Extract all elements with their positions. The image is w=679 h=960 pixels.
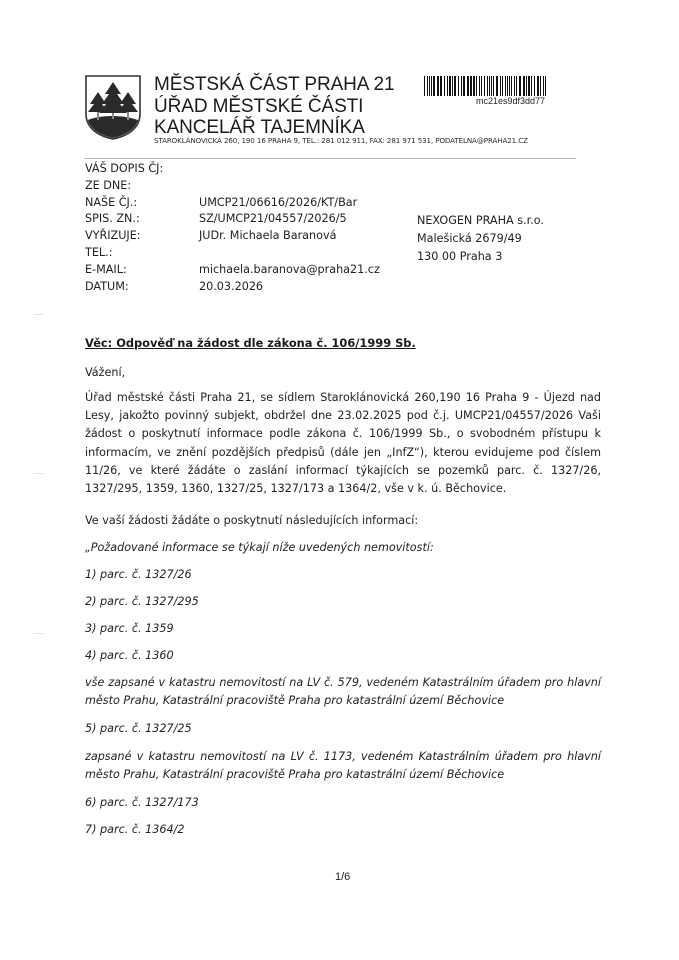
salutation: Vážení, (85, 366, 125, 379)
org-address: STAROKLÁNOVICKÁ 260, 190 16 PRAHA 9, TEL… (154, 136, 528, 145)
fold-mark (34, 473, 44, 474)
fold-mark (34, 314, 44, 315)
parcel-item: 5) parc. č. 1327/25 (85, 720, 601, 738)
header-divider (84, 158, 576, 159)
reference-label: TEL.: (85, 245, 199, 262)
recipient-name: NEXOGEN PRAHA s.r.o. (417, 212, 544, 230)
reference-row: DATUM:20.03.2026 (85, 279, 380, 296)
reference-label: ZE DNE: (85, 178, 199, 195)
page-number: 1/6 (335, 871, 350, 883)
reference-label: E-MAIL: (85, 262, 199, 279)
paragraph-request: Ve vaší žádosti žádáte o poskytnutí násl… (85, 512, 601, 530)
quote-intro: „Požadované informace se týkají níže uve… (85, 539, 601, 557)
document-page: MĚSTSKÁ ČÁST PRAHA 21 ÚŘAD MĚSTSKÉ ČÁSTI… (0, 0, 679, 960)
reference-label: VYŘIZUJE: (85, 228, 199, 245)
recipient-street: Malešická 2679/49 (417, 230, 544, 248)
reference-value: 20.03.2026 (199, 279, 263, 296)
reference-label: DATUM: (85, 279, 199, 296)
subject-line: Věc: Odpověď na žádost dle zákona č. 106… (85, 336, 416, 350)
recipient-address: NEXOGEN PRAHA s.r.o. Malešická 2679/49 1… (417, 212, 544, 266)
reference-row: E-MAIL:michaela.baranova@praha21.cz (85, 262, 380, 279)
reference-value: SZ/UMCP21/04557/2026/5 (199, 211, 347, 228)
barcode (424, 76, 546, 96)
fold-mark (34, 633, 44, 634)
reference-block: VÁŠ DOPIS ČJ:ZE DNE:NAŠE ČJ.:UMCP21/0661… (85, 161, 380, 295)
reference-label: VÁŠ DOPIS ČJ: (85, 161, 199, 178)
organization-name: MĚSTSKÁ ČÁST PRAHA 21 ÚŘAD MĚSTSKÉ ČÁSTI… (154, 74, 394, 139)
reference-row: VÁŠ DOPIS ČJ: (85, 161, 380, 178)
reference-row: TEL.: (85, 245, 380, 262)
recipient-city: 130 00 Praha 3 (417, 248, 544, 266)
reference-value: michaela.baranova@praha21.cz (199, 262, 380, 279)
parcel-item: 7) parc. č. 1364/2 (85, 821, 601, 839)
reference-row: SPIS. ZN.:SZ/UMCP21/04557/2026/5 (85, 211, 380, 228)
reference-value: UMCP21/06616/2026/KT/Bar (199, 195, 357, 212)
reference-row: VYŘIZUJE:JUDr. Michaela Baranová (85, 228, 380, 245)
coat-of-arms-trees-icon (84, 74, 142, 140)
org-line-2: ÚŘAD MĚSTSKÉ ČÁSTI (154, 96, 394, 118)
registry-note-2: zapsané v katastru nemovitostí na LV č. … (85, 748, 601, 784)
parcel-item: 3) parc. č. 1359 (85, 620, 601, 638)
reference-label: SPIS. ZN.: (85, 211, 199, 228)
barcode-text: mc21es9df3dd77 (476, 96, 545, 106)
parcel-item: 6) parc. č. 1327/173 (85, 794, 601, 812)
parcel-item: 2) parc. č. 1327/295 (85, 593, 601, 611)
reference-value: JUDr. Michaela Baranová (199, 228, 336, 245)
parcel-item: 1) parc. č. 1327/26 (85, 566, 601, 584)
reference-row: ZE DNE: (85, 178, 380, 195)
org-line-1: MĚSTSKÁ ČÁST PRAHA 21 (154, 74, 394, 96)
parcel-item: 4) parc. č. 1360 (85, 647, 601, 665)
paragraph-intro: Úřad městské části Praha 21, se sídlem S… (85, 389, 601, 498)
registry-note-1: vše zapsané v katastru nemovitostí na LV… (85, 674, 601, 710)
reference-row: NAŠE ČJ.:UMCP21/06616/2026/KT/Bar (85, 195, 380, 212)
reference-label: NAŠE ČJ.: (85, 195, 199, 212)
